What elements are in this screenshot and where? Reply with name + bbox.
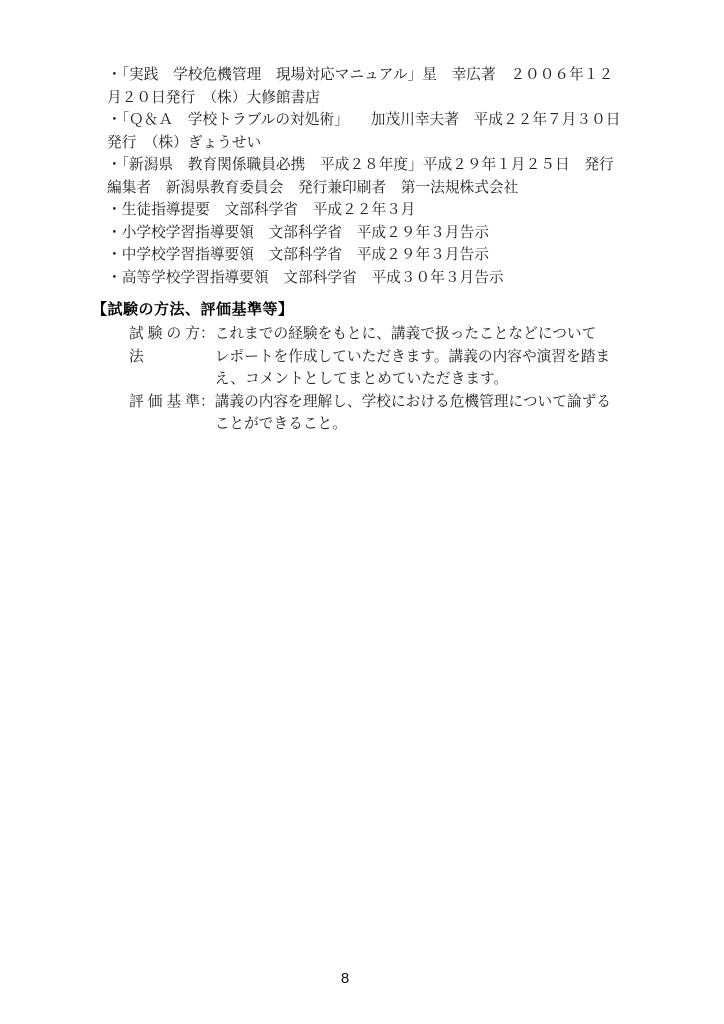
bibliography-item-5: ・小学校学習指導要領 文部科学省 平成２９年３月告示 [107,222,667,245]
page-number: 8 [0,970,690,987]
bibliography-item-3: ・「新潟県 教育関係職員必携 平成２８年度」平成２９年１月２５日 発行 編集者 … [107,154,667,199]
exam-method-content: これまでの経験をもとに、講義で扱ったことなどについて レポートを作成していただき… [215,323,675,391]
bibliography-item-2: ・「Ｑ＆Ａ 学校トラブルの対処術」 加茂川幸夫著 平成２２年７月３０日 発行 （… [107,109,667,154]
exam-method-label: 試験の方法 [129,323,200,368]
exam-method-row: 試験の方法 ： これまでの経験をもとに、講義で扱ったことなどについて レポートを… [129,323,675,391]
bibliography-list: ・「実践 学校危機管理 現場対応マニュアル」星 幸広著 ２００６年１２ 月２０日… [107,64,667,289]
document-page: ・「実践 学校危機管理 現場対応マニュアル」星 幸広著 ２００６年１２ 月２０日… [0,0,724,1024]
evaluation-criteria-colon: ： [200,391,215,414]
evaluation-criteria-row: 評価基準 ： 講義の内容を理解し、学校における危機管理について論ずる ことができ… [129,391,675,436]
bibliography-item-6: ・中学校学習指導要領 文部科学省 平成２９年３月告示 [107,244,667,267]
evaluation-criteria-content: 講義の内容を理解し、学校における危機管理について論ずる ことができること。 [215,391,675,436]
exam-section: 試験の方法 ： これまでの経験をもとに、講義で扱ったことなどについて レポートを… [129,323,675,436]
bibliography-item-7: ・高等学校学習指導要領 文部科学省 平成３０年３月告示 [107,267,667,290]
bibliography-item-4: ・生徒指導提要 文部科学省 平成２２年３月 [107,199,667,222]
evaluation-criteria-label: 評価基準 [129,391,200,414]
exam-method-colon: ： [200,323,215,346]
exam-section-heading: 【試験の方法、評価基準等】 [92,297,294,322]
bibliography-item-1: ・「実践 学校危機管理 現場対応マニュアル」星 幸広著 ２００６年１２ 月２０日… [107,64,667,109]
